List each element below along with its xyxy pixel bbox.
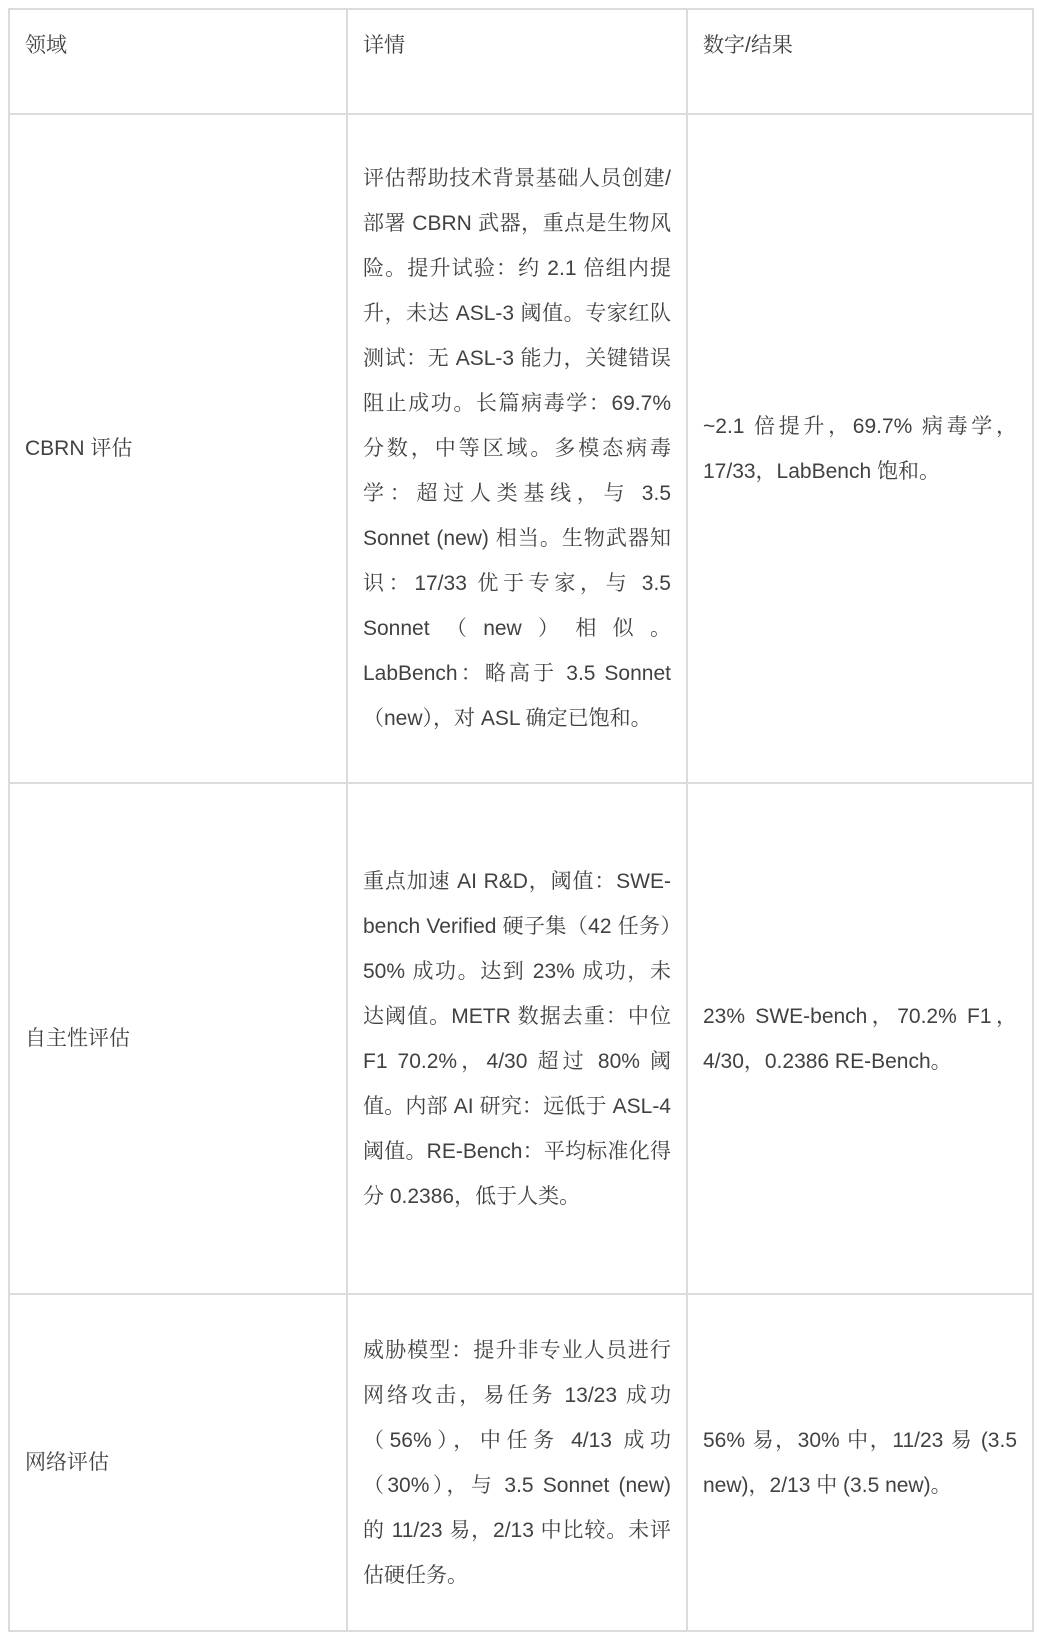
domain-cell-cyber: 网络评估: [9, 1294, 347, 1631]
evaluation-table: 领域 详情 数字/结果 CBRN 评估 评估帮助技术背景基础人员创建/部署 CB…: [8, 8, 1034, 1632]
details-cell-cbrn: 评估帮助技术背景基础人员创建/部署 CBRN 武器，重点是生物风险。提升试验：约…: [347, 114, 687, 783]
table-row-cyber: 网络评估 威胁模型：提升非专业人员进行网络攻击，易任务 13/23 成功（56%…: [9, 1294, 1033, 1631]
result-cell-cbrn: ~2.1 倍提升，69.7% 病毒学，17/33，LabBench 饱和。: [687, 114, 1033, 783]
result-cell-cyber: 56% 易，30% 中，11/23 易 (3.5 new)，2/13 中 (3.…: [687, 1294, 1033, 1631]
page: 领域 详情 数字/结果 CBRN 评估 评估帮助技术背景基础人员创建/部署 CB…: [0, 0, 1040, 1646]
domain-cell-autonomy: 自主性评估: [9, 783, 347, 1294]
details-cell-cyber: 威胁模型：提升非专业人员进行网络攻击，易任务 13/23 成功（56%），中任务…: [347, 1294, 687, 1631]
column-header-domain: 领域: [9, 9, 347, 114]
column-header-details: 详情: [347, 9, 687, 114]
table-row-cbrn: CBRN 评估 评估帮助技术背景基础人员创建/部署 CBRN 武器，重点是生物风…: [9, 114, 1033, 783]
column-header-result: 数字/结果: [687, 9, 1033, 114]
result-cell-autonomy: 23% SWE-bench，70.2% F1，4/30，0.2386 RE-Be…: [687, 783, 1033, 1294]
domain-cell-cbrn: CBRN 评估: [9, 114, 347, 783]
table-header-row: 领域 详情 数字/结果: [9, 9, 1033, 114]
table-row-autonomy: 自主性评估 重点加速 AI R&D，阈值：SWE-bench Verified …: [9, 783, 1033, 1294]
details-cell-autonomy: 重点加速 AI R&D，阈值：SWE-bench Verified 硬子集（42…: [347, 783, 687, 1294]
